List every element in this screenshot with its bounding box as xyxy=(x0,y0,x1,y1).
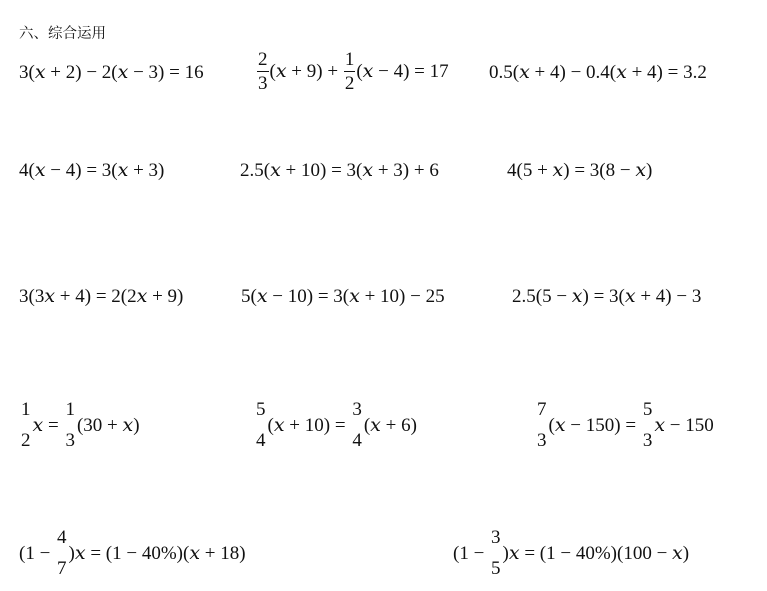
numerator: 3 xyxy=(490,528,502,553)
numerator: 2 xyxy=(257,50,269,72)
equation-5: 2.5(𝑥 + 10) = 3(𝑥 + 3) + 6 xyxy=(240,161,439,180)
equation-text: (𝑥 − 4) = 17 xyxy=(356,62,448,81)
equation-text: (1 − xyxy=(453,544,489,563)
equation-text: )𝑥 = (1 − 40%)(𝑥 + 18) xyxy=(69,544,246,563)
numerator: 1 xyxy=(20,400,32,425)
denominator: 3 xyxy=(536,425,548,450)
denominator: 2 xyxy=(20,425,32,450)
fraction: 13 xyxy=(64,400,76,450)
equation-2: 23(𝑥 + 9) + 12(𝑥 − 4) = 17 xyxy=(256,50,449,93)
equation-text: (1 − xyxy=(19,544,55,563)
fraction: 23 xyxy=(257,50,269,93)
equation-text: 3(3𝑥 + 4) = 2(2𝑥 + 9) xyxy=(19,287,183,306)
numerator: 4 xyxy=(56,528,68,553)
equation-13: (1 − 47)𝑥 = (1 − 40%)(𝑥 + 18) xyxy=(19,528,246,578)
equation-text: 𝑥 − 150 xyxy=(654,416,713,435)
denominator: 3 xyxy=(257,72,269,93)
equation-text: 4(5 + 𝑥) = 3(8 − 𝑥) xyxy=(507,161,652,180)
fraction: 35 xyxy=(490,528,502,578)
equation-8: 5(𝑥 − 10) = 3(𝑥 + 10) − 25 xyxy=(241,287,445,306)
denominator: 7 xyxy=(56,553,68,578)
section-title: 六、综合运用 xyxy=(19,22,106,43)
numerator: 5 xyxy=(255,400,267,425)
equation-6: 4(5 + 𝑥) = 3(8 − 𝑥) xyxy=(507,161,652,180)
numerator: 5 xyxy=(642,400,654,425)
equation-text: 4(𝑥 − 4) = 3(𝑥 + 3) xyxy=(19,161,164,180)
equation-text: )𝑥 = (1 − 40%)(100 − 𝑥) xyxy=(503,544,690,563)
numerator: 7 xyxy=(536,400,548,425)
equation-text: (𝑥 + 9) + xyxy=(270,62,343,81)
equation-4: 4(𝑥 − 4) = 3(𝑥 + 3) xyxy=(19,161,164,180)
equation-text: 0.5(𝑥 + 4) − 0.4(𝑥 + 4) = 3.2 xyxy=(489,63,707,82)
fraction: 12 xyxy=(344,50,356,93)
equation-12: 73(𝑥 − 150) = 53𝑥 − 150 xyxy=(535,400,714,450)
equation-14: (1 − 35)𝑥 = (1 − 40%)(100 − 𝑥) xyxy=(453,528,689,578)
equation-text: 2.5(5 − 𝑥) = 3(𝑥 + 4) − 3 xyxy=(512,287,701,306)
fraction: 54 xyxy=(255,400,267,450)
fraction: 34 xyxy=(351,400,363,450)
equation-text: 3(𝑥 + 2) − 2(𝑥 − 3) = 16 xyxy=(19,63,204,82)
numerator: 1 xyxy=(344,50,356,72)
fraction: 53 xyxy=(642,400,654,450)
denominator: 4 xyxy=(351,425,363,450)
denominator: 5 xyxy=(490,553,502,578)
equation-7: 3(3𝑥 + 4) = 2(2𝑥 + 9) xyxy=(19,287,183,306)
numerator: 3 xyxy=(351,400,363,425)
equation-10: 12𝑥 = 13(30 + 𝑥) xyxy=(19,400,140,450)
equation-text: (30 + 𝑥) xyxy=(77,416,140,435)
equation-text: 𝑥 = xyxy=(33,416,64,435)
equation-text: (𝑥 + 10) = xyxy=(268,416,351,435)
denominator: 2 xyxy=(344,72,356,93)
equation-text: (𝑥 + 6) xyxy=(364,416,417,435)
numerator: 1 xyxy=(64,400,76,425)
equation-11: 54(𝑥 + 10) = 34(𝑥 + 6) xyxy=(254,400,417,450)
denominator: 4 xyxy=(255,425,267,450)
equation-text: 5(𝑥 − 10) = 3(𝑥 + 10) − 25 xyxy=(241,287,445,306)
fraction: 73 xyxy=(536,400,548,450)
equation-text: 2.5(𝑥 + 10) = 3(𝑥 + 3) + 6 xyxy=(240,161,439,180)
equation-1: 3(𝑥 + 2) − 2(𝑥 − 3) = 16 xyxy=(19,63,204,82)
fraction: 12 xyxy=(20,400,32,450)
equation-3: 0.5(𝑥 + 4) − 0.4(𝑥 + 4) = 3.2 xyxy=(489,63,707,82)
denominator: 3 xyxy=(642,425,654,450)
fraction: 47 xyxy=(56,528,68,578)
denominator: 3 xyxy=(64,425,76,450)
equation-9: 2.5(5 − 𝑥) = 3(𝑥 + 4) − 3 xyxy=(512,287,701,306)
equation-text: (𝑥 − 150) = xyxy=(549,416,641,435)
